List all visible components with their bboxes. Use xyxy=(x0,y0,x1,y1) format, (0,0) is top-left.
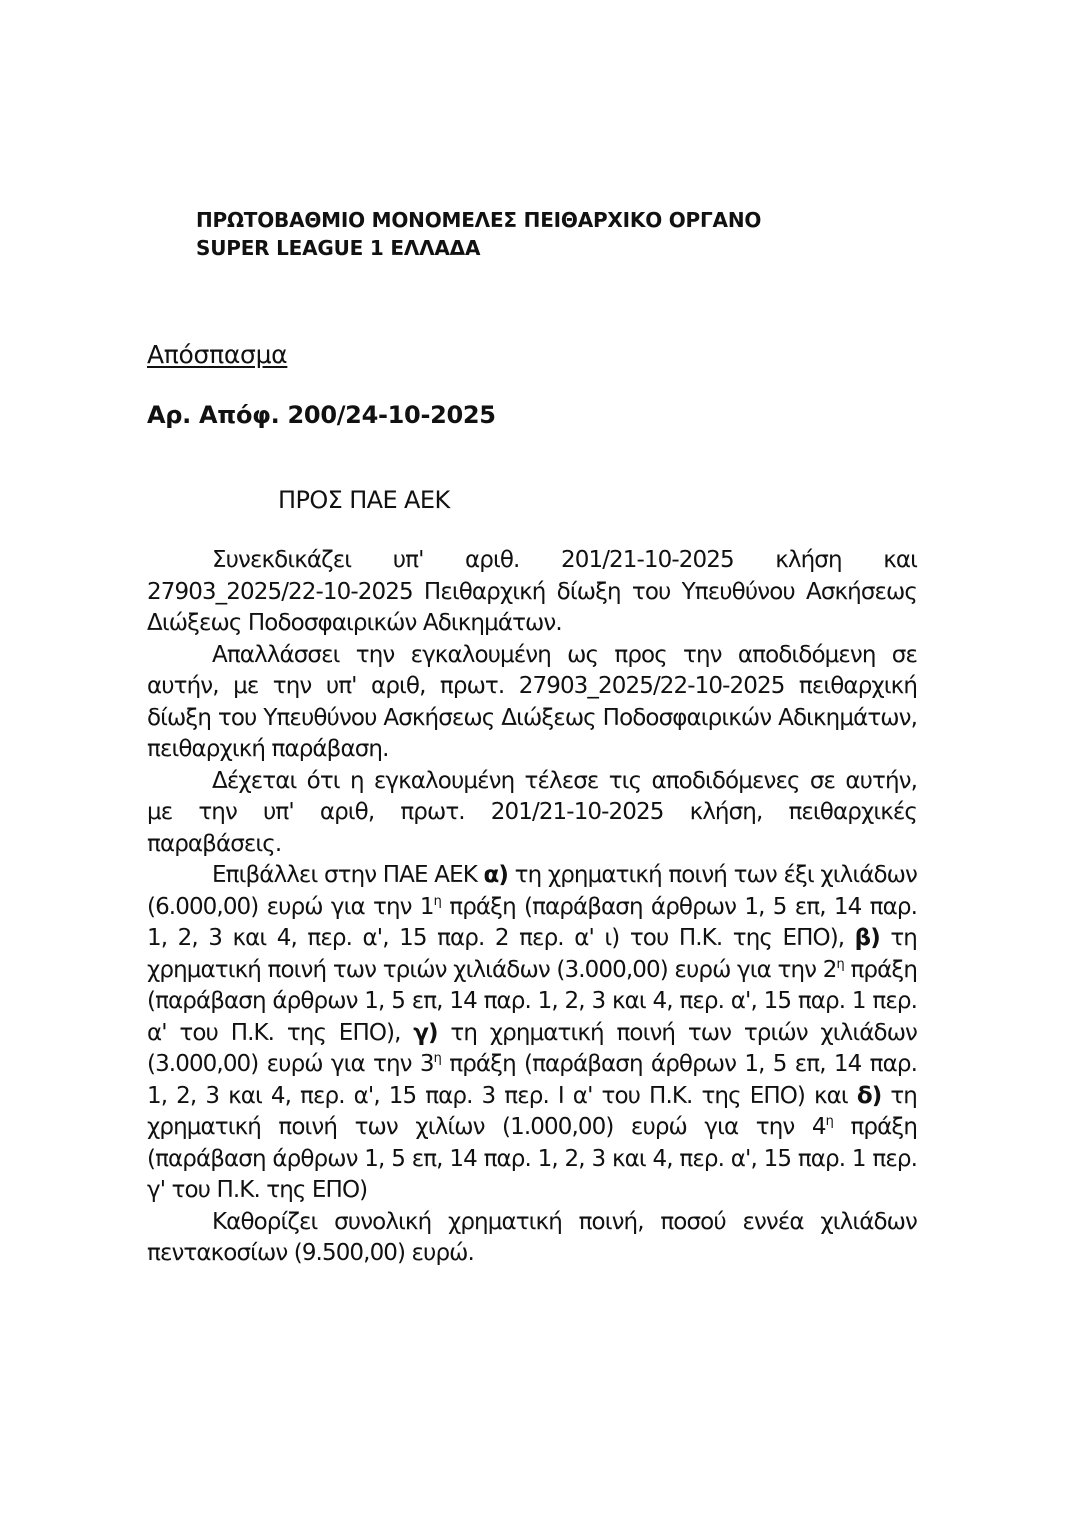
paragraph-penalties: Επιβάλλει στην ΠΑΕ ΑΕΚ α) τη χρηματική π… xyxy=(147,860,917,1207)
paragraph-acquittal: Απαλλάσσει την εγκαλουμένη ως προς την α… xyxy=(147,640,917,766)
issuing-body-name: ΠΡΩΤΟΒΑΘΜΙΟ ΜΟΝΟΜΕΛΕΣ ΠΕΙΘΑΡΧΙΚΟ ΟΡΓΑΝΟ xyxy=(196,206,761,234)
decision-number: Αρ. Απόφ. 200/24-10-2025 xyxy=(147,401,496,429)
penalty-a-label: α) xyxy=(484,862,509,888)
league-name: SUPER LEAGUE 1 ΕΛΛΑΔΑ xyxy=(196,234,761,262)
recipient: ΠΡΟΣ ΠΑΕ ΑΕΚ xyxy=(278,486,450,514)
paragraph-finding: Δέχεται ότι η εγκαλουμένη τέλεσε τις απο… xyxy=(147,766,917,861)
decision-body: Συνεκδικάζει υπ' αριθ. 201/21-10-2025 κλ… xyxy=(147,545,917,1270)
ordinal-suffix: η xyxy=(434,894,441,909)
penalty-c-label: γ) xyxy=(413,1020,437,1046)
issuing-body-header: ΠΡΩΤΟΒΑΘΜΙΟ ΜΟΝΟΜΕΛΕΣ ΠΕΙΘΑΡΧΙΚΟ ΟΡΓΑΝΟ … xyxy=(196,206,761,262)
ordinal-suffix: η xyxy=(837,957,844,972)
penalty-b-label: β) xyxy=(855,925,880,951)
ordinal-suffix: η xyxy=(434,1051,441,1066)
ordinal-suffix: η xyxy=(826,1114,833,1129)
penalty-d-label: δ) xyxy=(857,1083,882,1109)
paragraph-joint-hearing: Συνεκδικάζει υπ' αριθ. 201/21-10-2025 κλ… xyxy=(147,545,917,640)
extract-label: Απόσπασμα xyxy=(147,340,287,369)
penalties-intro: Επιβάλλει στην ΠΑΕ ΑΕΚ xyxy=(212,862,484,888)
paragraph-total-penalty: Καθορίζει συνολική χρηματική ποινή, ποσο… xyxy=(147,1207,917,1270)
